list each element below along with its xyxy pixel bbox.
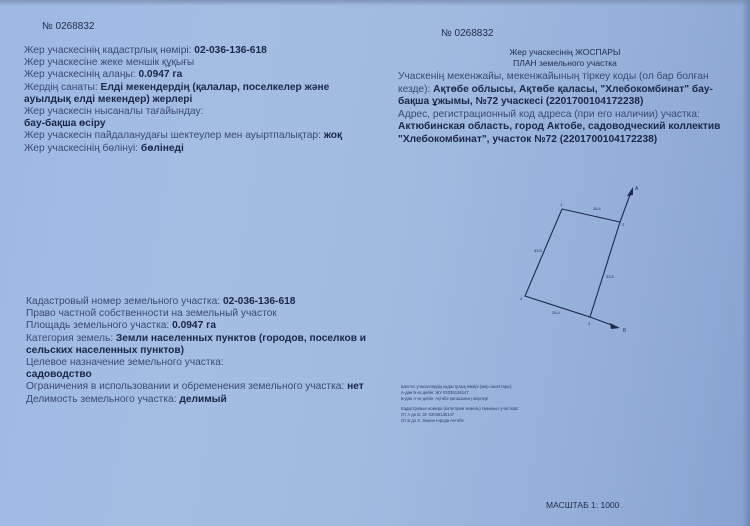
ru-area-label: Площадь земельного участка: [26,320,172,331]
kz-purpose: бау-бақша өсіру [24,118,384,130]
kz-category-value: Елді мекендердің (қалалар, поселкелер жә… [101,82,330,93]
kz-area-label: Жер учаскесінің алаңы: [24,69,138,80]
page-top-edge [0,0,750,6]
direction-arrow-a [620,192,631,222]
plan-title-kz: Жер учаскесінің ЖОСПАРЫ [400,47,730,58]
ru-purpose: садоводство [26,369,386,381]
kz-restrictions: Жер учаскесін пайдаланудағы шектеулер ме… [24,130,384,142]
ru-category-value: Земли населенных пунктов (городов, посел… [116,333,366,344]
point-label: 3 [588,321,591,326]
ru-restrictions-value: нет [347,381,364,392]
kz-purpose-value: бау-бақша өсіру [24,118,106,129]
ru-category-value-cont: сельских населенных пунктов) [26,345,184,356]
address-ru-value: Актюбинская область, город Актобе, садов… [398,121,720,145]
plan-title: Жер учаскесінің ЖОСПАРЫ ПЛАН земельного … [400,47,730,69]
ru-category-label: Категория земель: [26,333,116,344]
ru-divisibility-value: делимый [179,394,226,405]
address-kz: Учаскенің мекенжайы, мекенжайының тіркеу… [398,71,733,109]
ru-category-cont: сельских населенных пунктов) [26,345,386,357]
kz-purpose-label: Жер учаскесін нысаналы тағайындау: [24,106,384,118]
kz-category: Жердің санаты: Елді мекендердің (қалалар… [24,82,384,94]
side-length-label: 28.4 [593,206,602,211]
address-ru-label: Адрес, регистрационный код адреса (при е… [398,109,700,120]
plan-address: Учаскенің мекенжайы, мекенжайының тіркеу… [398,71,733,146]
plan-scale: МАСШТАБ 1: 1000 [546,500,619,510]
legend-line: От Б до А: Земли города Актобе [401,418,601,424]
document-number-left: № 0268832 [42,21,94,32]
ru-area: Площадь земельного участка: 0.0947 га [26,320,386,332]
ru-cadastral-value: 02-036-136-618 [223,296,296,307]
side-length-label: 28.4 [552,310,561,315]
russian-section: Кадастровый номер земельного участка: 02… [26,296,386,406]
address-ru: Адрес, регистрационный код адреса (при е… [398,109,733,147]
ru-purpose-label: Целевое назначение земельного участка: [26,357,386,369]
page-right-edge [742,0,750,526]
kz-cadastral-label: Жер учаскесінің кадастрлық нөмірі: [24,45,194,56]
kz-category-label: Жердің санаты: [24,82,101,93]
direction-label-a: А [635,186,639,192]
ru-restrictions: Ограничения в использовании и обременени… [26,381,386,393]
kz-cadastral-number: Жер учаскесінің кадастрлық нөмірі: 02-03… [24,45,384,57]
kz-category-cont: ауылдық елді мекендер) жерлері [24,94,384,106]
document-number-right: № 0268832 [441,28,493,39]
point-label: 4 [520,296,523,301]
ru-divisibility-label: Делимость земельного участка: [26,394,179,405]
kz-area: Жер учаскесінің алаңы: 0.0947 га [24,69,384,81]
kazakh-section: Жер учаскесінің кадастрлық нөмірі: 02-03… [24,45,384,155]
kz-ownership-right: Жер учаскесіне жеке меншік құқығы [24,57,384,69]
side-length-label: 33.5 [606,274,615,279]
kz-divisibility-label: Жер учаскесінің бөлінуі: [24,143,141,154]
point-label: 1 [560,202,563,207]
arrow-head-a-icon [627,187,633,196]
kz-cadastral-value: 02-036-136-618 [194,45,267,56]
adjacent-plots-legend: Шектес учаскелердің кадастрлық нөмірі (ж… [401,384,601,424]
ru-cadastral-number: Кадастровый номер земельного участка: 02… [26,296,386,308]
ru-cadastral-label: Кадастровый номер земельного участка: [26,296,223,307]
kz-restrictions-label: Жер учаскесін пайдаланудағы шектеулер ме… [24,130,324,141]
kz-category-value-cont: ауылдық елді мекендер) жерлері [24,94,192,105]
ru-category: Категория земель: Земли населенных пункт… [26,333,386,345]
plan-title-ru: ПЛАН земельного участка [400,58,730,69]
kz-divisibility: Жер учаскесінің бөлінуі: бөлінеді [24,143,384,155]
ru-divisibility: Делимость земельного участка: делимый [26,394,386,406]
ru-restrictions-label: Ограничения в использовании и обременени… [26,381,347,392]
point-label: 2 [622,222,625,227]
side-length-label: 33.5 [534,248,543,253]
plot-boundary [525,209,620,317]
ru-purpose-value: садоводство [26,369,92,380]
arrow-head-b-icon [610,323,620,329]
ru-ownership-right: Право частной собственности на земельный… [26,308,386,320]
ru-area-value: 0.0947 га [172,320,216,331]
kz-restrictions-value: жоқ [324,130,342,141]
direction-label-b: Б [623,328,627,334]
kz-area-value: 0.0947 га [138,69,182,80]
plot-plan-drawing: 1 2 3 4 28.4 33.5 28.4 33.5 А Б [500,180,650,340]
kz-divisibility-value: бөлінеді [141,143,184,154]
address-kz-value: Ақтөбе облысы, Ақтөбе қаласы, "Хлебокомб… [398,84,713,108]
